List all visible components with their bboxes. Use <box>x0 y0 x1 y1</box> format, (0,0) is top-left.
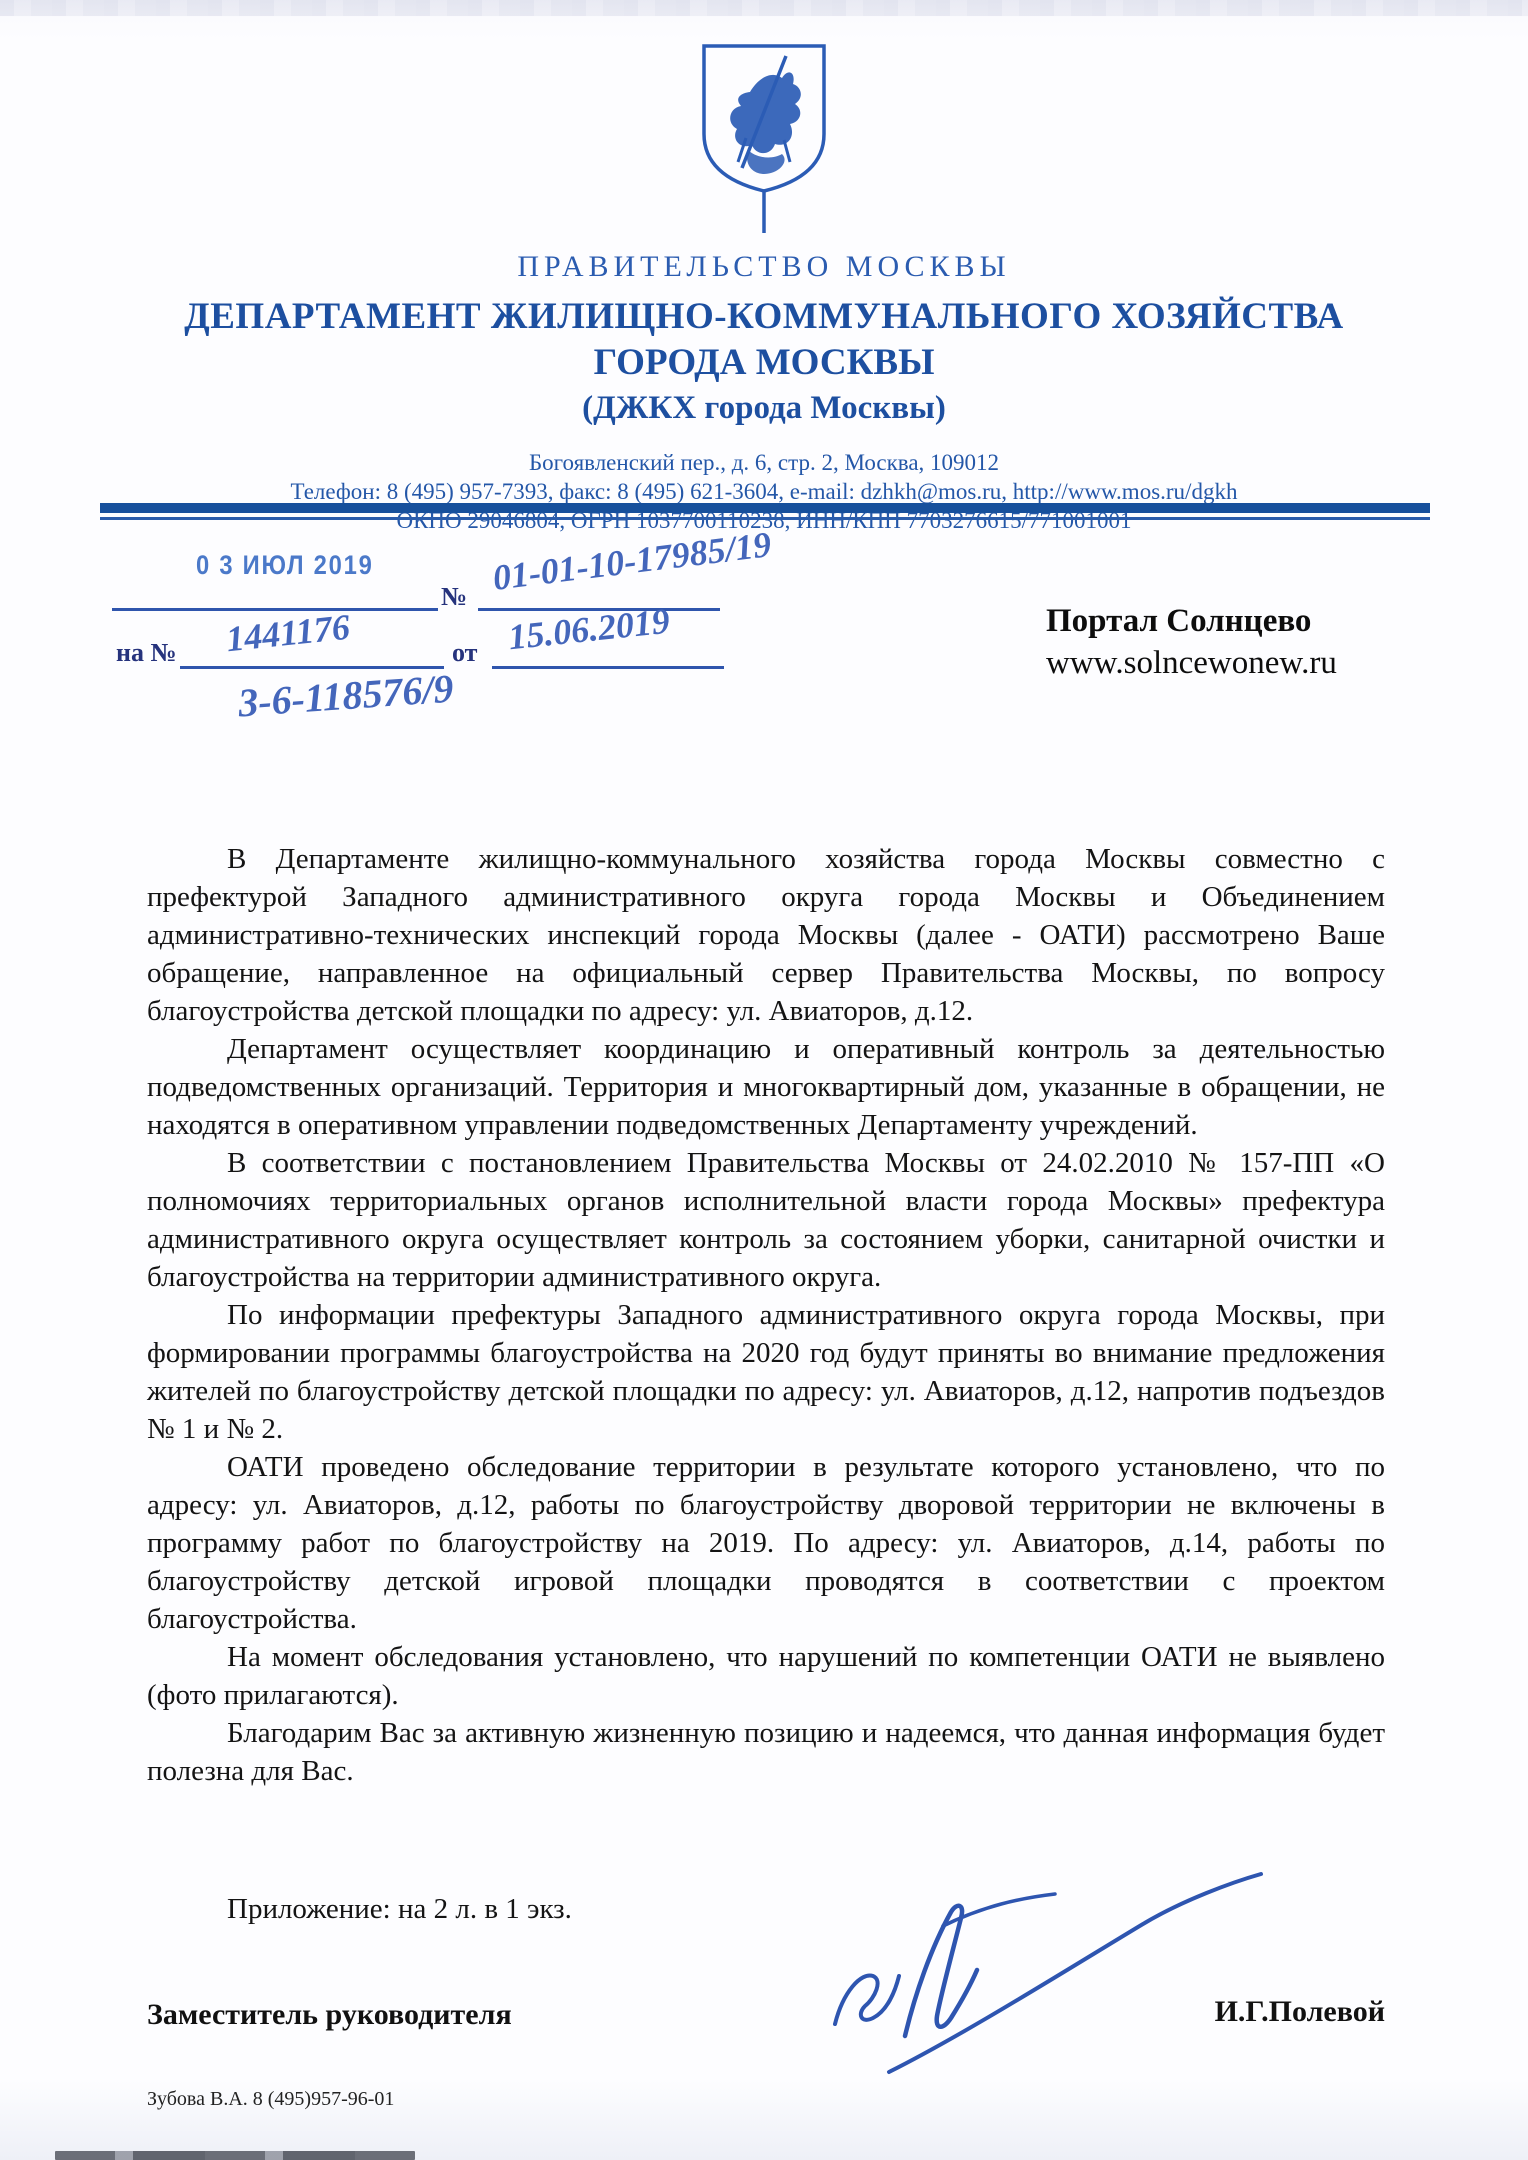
recipient-name: Портал Солнцево <box>1046 600 1337 642</box>
letterhead-divider <box>100 503 1430 520</box>
letterhead-address: Богоявленский пер., д. 6, стр. 2, Москва… <box>0 448 1528 477</box>
body-paragraph: По информации префектуры Западного админ… <box>147 1296 1385 1448</box>
letterhead: ПРАВИТЕЛЬСТВО МОСКВЫ ДЕПАРТАМЕНТ ЖИЛИЩНО… <box>0 42 1528 535</box>
body-paragraph: В Департаменте жилищно-коммунального хоз… <box>147 840 1385 1030</box>
scan-noise-bottom <box>55 2151 415 2160</box>
government-title: ПРАВИТЕЛЬСТВО МОСКВЫ <box>0 250 1528 284</box>
recipient-website: www.solncewonew.ru <box>1046 642 1337 684</box>
body-paragraph: Благодарим Вас за активную жизненную поз… <box>147 1714 1385 1790</box>
signer-position-title: Заместитель руководителя <box>147 1998 512 2032</box>
handwritten-outgoing-number: 01-01-10-17985/19 <box>490 523 773 599</box>
letter-body: В Департаменте жилищно-коммунального хоз… <box>147 840 1385 1790</box>
handwritten-extra-number: 3-6-118576/9 <box>237 665 455 727</box>
recipient-block: Портал Солнцево www.solncewonew.ru <box>1046 600 1337 684</box>
handwritten-signature <box>805 1862 1275 2077</box>
letter-page: ПРАВИТЕЛЬСТВО МОСКВЫ ДЕПАРТАМЕНТ ЖИЛИЩНО… <box>0 0 1528 2160</box>
body-paragraph: В соответствии с постановлением Правител… <box>147 1144 1385 1296</box>
department-name-line2: ГОРОДА МОСКВЫ <box>0 340 1528 386</box>
department-name-line1: ДЕПАРТАМЕНТ ЖИЛИЩНО-КОММУНАЛЬНОГО ХОЗЯЙС… <box>0 294 1528 340</box>
reply-label: на № <box>116 638 177 668</box>
incoming-date-stamp: 0 3 ИЮЛ 2019 <box>196 550 374 581</box>
date-underline <box>112 608 438 611</box>
signer-name: И.Г.Полевой <box>1215 1995 1385 2029</box>
scan-noise-top <box>0 0 1528 16</box>
body-paragraph: ОАТИ проведено обследование территории в… <box>147 1448 1385 1638</box>
reply-date-underline <box>492 666 724 669</box>
executor-contact: Зубова В.А. 8 (495)957-96-01 <box>147 2088 394 2111</box>
department-short-name: (ДЖКХ города Москвы) <box>0 386 1528 430</box>
moscow-coat-of-arms-icon <box>698 42 830 236</box>
handwritten-reply-number: 1441176 <box>224 606 352 661</box>
body-paragraph: На момент обследования установлено, что … <box>147 1638 1385 1714</box>
divider-thick-bar <box>100 503 1430 513</box>
body-paragraph: Департамент осуществляет координацию и о… <box>147 1030 1385 1144</box>
letterhead-contacts: Телефон: 8 (495) 957-7393, факс: 8 (495)… <box>0 477 1528 506</box>
number-label: № <box>441 582 467 612</box>
reply-date-label: от <box>452 638 477 668</box>
